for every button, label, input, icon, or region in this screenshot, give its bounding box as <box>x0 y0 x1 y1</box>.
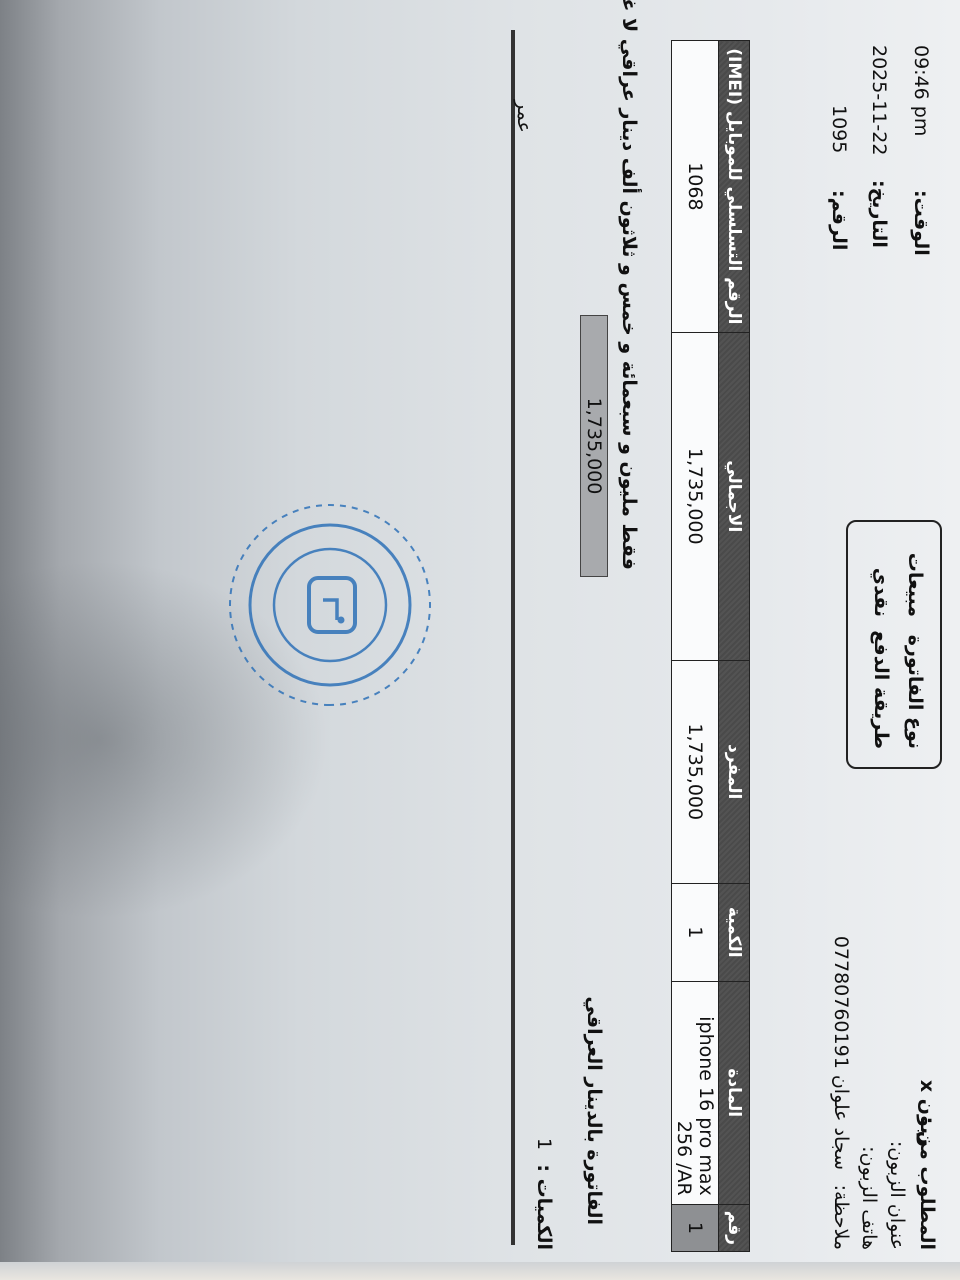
table-header-row: رقم المادة الكمية المفرد الاجمالي الرقم … <box>719 41 750 1252</box>
customer-address-label: عنوان الزبون: <box>886 1141 908 1250</box>
customer-phone-label: هاتف الزبون: <box>858 1146 880 1250</box>
svg-text:PHONE G MOBILE PHONE SERVICES: PHONE G MOBILE PHONE SERVICES <box>432 500 435 505</box>
col-unit-price: المفرد <box>719 660 750 883</box>
stamp-text: PHONE G MOBILE PHONE SERVICES <box>432 500 435 505</box>
time-label: الوقت: <box>910 190 932 256</box>
row-unit-price: 1,735,000 <box>672 660 719 883</box>
row-index: 1 <box>672 1204 719 1251</box>
invoice-type-value: مبيعات <box>904 553 926 617</box>
invoice-page: المطلوب من : زبون x عنوان الزبون: هاتف ا… <box>0 0 960 1280</box>
table-row: 1 iphone 16 pro max 256 /AR 1 1,735,000 … <box>672 41 719 1252</box>
items-table: رقم المادة الكمية المفرد الاجمالي الرقم … <box>671 40 750 1252</box>
col-total: الاجمالي <box>719 332 750 660</box>
row-imei: 1068 <box>672 41 719 333</box>
col-index: رقم <box>719 1204 750 1251</box>
date-label: التاريخ: <box>868 180 890 248</box>
col-item: المادة <box>719 981 750 1204</box>
invoice-type-box: نوع الفاتورة مبيعات طريقة الدفع نقدي <box>846 520 942 769</box>
row-item: iphone 16 pro max 256 /AR <box>672 981 719 1204</box>
signature: عمر <box>513 100 535 133</box>
company-stamp: PHONE G MOBILE PHONE SERVICES <box>225 500 435 710</box>
stamp-icon: PHONE G MOBILE PHONE SERVICES <box>225 500 435 710</box>
time-value: 09:46 pm <box>910 45 932 136</box>
currency-label: الفاتورة بالدينار العراقي <box>583 996 605 1225</box>
number-label: الرقم: <box>828 190 850 250</box>
date-value: 2025-11-22 <box>868 45 890 155</box>
grand-total: 1,735,000 <box>580 315 608 577</box>
invoice-type-label: نوع الفاتورة <box>904 635 926 749</box>
number-value: 1095 <box>828 105 850 153</box>
footer-divider <box>511 30 515 1245</box>
from-value: زبون x <box>916 1080 938 1145</box>
payment-method-value: نقدي <box>870 568 892 617</box>
quantities-value: 1 <box>533 1138 555 1150</box>
payment-method-label: طريقة الدفع <box>870 630 892 749</box>
amount-in-words: فقط مليون و سبعمائة و خمس و ثلاثون ألف د… <box>618 0 640 570</box>
col-quantity: الكمية <box>719 883 750 981</box>
note-label: ملاحظة: <box>830 1185 852 1250</box>
note-value: سجاد علوان 07780760191 <box>830 936 852 1170</box>
row-quantity: 1 <box>672 883 719 981</box>
quantities-label: الكميات : <box>533 1164 555 1250</box>
row-total: 1,735,000 <box>672 332 719 660</box>
col-imei: الرقم التسلسلي للموبايل (IMEI) <box>719 41 750 333</box>
